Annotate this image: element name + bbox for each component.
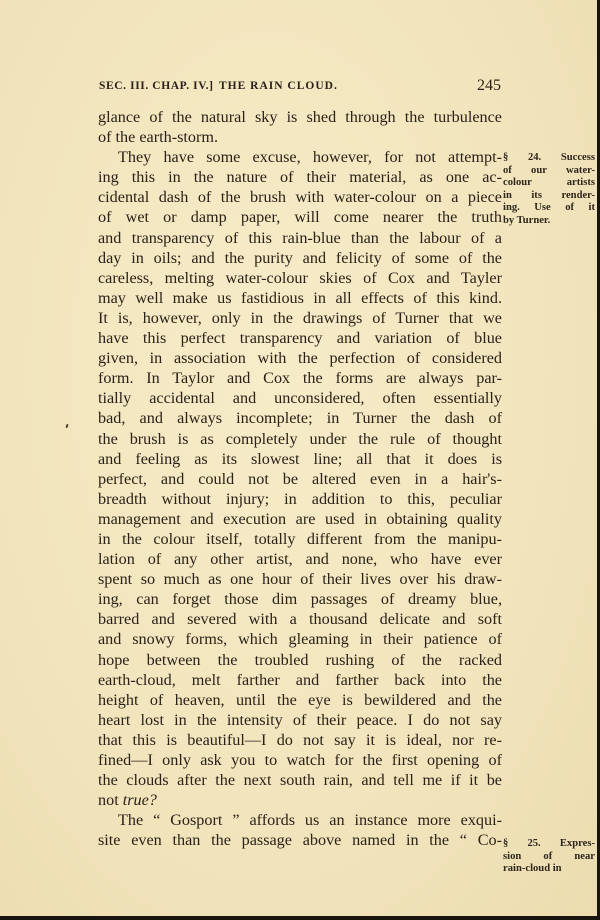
text-line: cidental dash of the brush with water-co… — [98, 187, 502, 207]
text-line: and transparency of this rain-blue than … — [98, 228, 502, 248]
text-line: bad, and always incomplete; in Turner th… — [98, 408, 502, 428]
text-line: They have some excuse, however, for not … — [98, 147, 502, 167]
text-line: not true? — [98, 790, 502, 810]
text-line: heart lost in the intensity of their pea… — [98, 710, 502, 730]
text-line: that this is beautiful—I do not say it i… — [98, 730, 502, 750]
text-line: ing, can forget those dim passages of dr… — [98, 589, 502, 609]
text-line: and feeling as its slowest line; all tha… — [98, 449, 502, 469]
book-page: SEC. III. CHAP. IV.] THE RAIN CLOUD. 245… — [0, 0, 597, 916]
text-line: The “ Gosport ” affords us an instance m… — [98, 810, 502, 830]
text-line: perfect, and could not be altered even i… — [98, 469, 502, 489]
running-title: THE RAIN CLOUD. — [219, 80, 338, 92]
margin-note-line: colour artists — [503, 177, 595, 190]
text-line: earth-cloud, melt farther and farther ba… — [98, 670, 502, 690]
text-line: barred and severed with a thousand delic… — [98, 609, 502, 629]
text-line: have this perfect transparency and varia… — [98, 328, 502, 348]
paper-speck — [65, 424, 68, 428]
text-line: ing this in the nature of their material… — [98, 167, 502, 187]
text-line: management and execution are used in obt… — [98, 509, 502, 529]
text-line: day in oils; and the purity and felicity… — [98, 248, 502, 268]
page-number: 245 — [477, 77, 501, 95]
margin-note-line: in its render- — [503, 190, 595, 203]
text-line: the clouds after the next south rain, an… — [98, 770, 502, 790]
text-line: tially accidental and unconsidered, ofte… — [98, 388, 502, 408]
margin-note-line: § 24. Success — [503, 152, 595, 165]
text-line: of the earth-storm. — [98, 127, 502, 147]
text-line: site even than the passage above named i… — [98, 830, 502, 850]
section-chapter-label: SEC. III. CHAP. IV.] — [99, 80, 214, 92]
text-line: may well make us fastidious in all effec… — [98, 288, 502, 308]
text-line: glance of the natural sky is shed throug… — [98, 107, 502, 127]
text-line: and snowy forms, which gleaming in their… — [98, 629, 502, 649]
text-line: lation of any other artist, and none, wh… — [98, 549, 502, 569]
text-line: form. In Taylor and Cox the forms are al… — [98, 368, 502, 388]
text-line: hope between the troubled rushing of the… — [98, 650, 502, 670]
margin-note: § 24. Successof our water-colour artists… — [503, 152, 595, 228]
margin-note-line: rain-cloud in — [503, 863, 595, 876]
text-line: It is, however, only in the drawings of … — [98, 308, 502, 328]
running-header: SEC. III. CHAP. IV.] THE RAIN CLOUD. 245 — [99, 77, 501, 99]
text-line: careless, melting water-colour skies of … — [98, 268, 502, 288]
text-line: given, in association with the perfectio… — [98, 348, 502, 368]
body-text: glance of the natural sky is shed throug… — [98, 107, 502, 850]
text-line: height of heaven, until the eye is bewil… — [98, 690, 502, 710]
text-line: the brush is as completely under the rul… — [98, 429, 502, 449]
margin-note-line: ing. Use of it — [503, 202, 595, 215]
text-line: fined—I only ask you to watch for the fi… — [98, 750, 502, 770]
text-line: breadth without injury; in addition to t… — [98, 489, 502, 509]
margin-note-line: by Turner. — [503, 215, 595, 228]
text-line: in the colour itself, totally different … — [98, 529, 502, 549]
margin-note: § 25. Expres-sion of nearrain-cloud in — [503, 838, 595, 876]
margin-note-line: sion of near — [503, 851, 595, 864]
text-line: of wet or damp paper, will come nearer t… — [98, 207, 502, 227]
margin-note-line: § 25. Expres- — [503, 838, 595, 851]
text-line: spent so much as one hour of their lives… — [98, 569, 502, 589]
margin-note-line: of our water- — [503, 165, 595, 178]
